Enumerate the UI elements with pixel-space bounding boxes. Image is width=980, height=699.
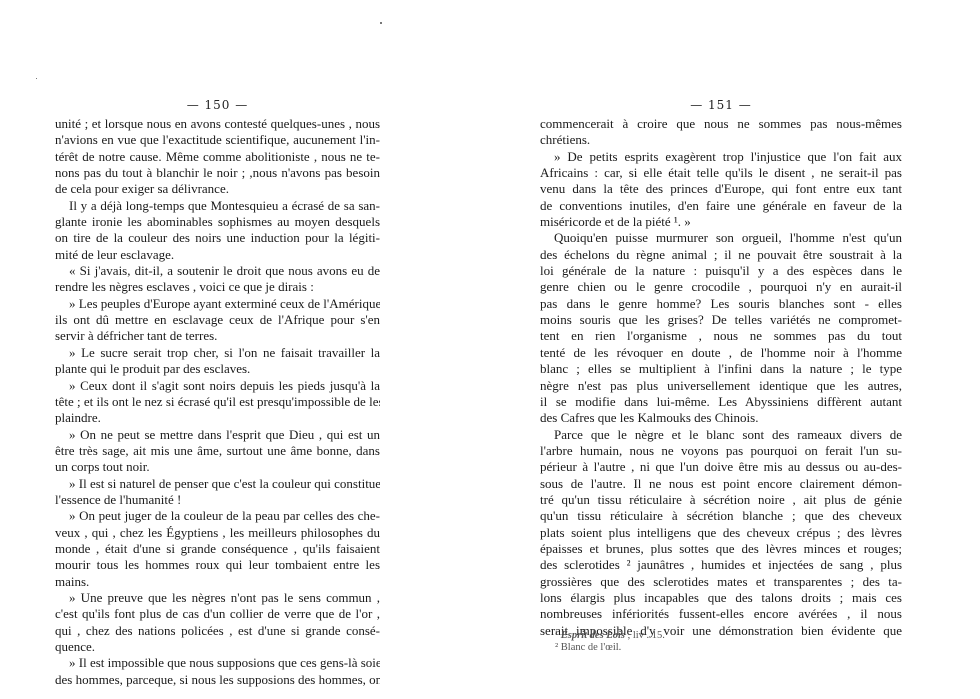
text-line: » Une preuve que les nègres n'ont pas le… <box>55 590 380 606</box>
text-line: de cela pour exiger sa délivrance. <box>55 181 380 197</box>
footnote: ² Blanc de l'œil. <box>555 642 665 654</box>
text-line: être très sage, ait mis une âme, surtout… <box>55 443 380 459</box>
footnotes: ¹ Esprit des Lois , liv . 15.² Blanc de … <box>555 630 665 654</box>
scan-speck <box>380 22 382 24</box>
text-line: il se modifie dans lui-même. Les Abyssin… <box>540 394 902 410</box>
text-line: lons élargis plus incapables que des tal… <box>540 590 902 606</box>
text-line: périeur à l'autre , ni que l'un doive êt… <box>540 459 902 475</box>
text-line: venu dans la tête des princes d'Europe, … <box>540 181 902 197</box>
text-line: » Ceux dont il s'agit sont noirs depuis … <box>55 378 380 394</box>
text-line: n'avions en vue que l'exactitude scienti… <box>55 132 380 148</box>
scan-speck <box>36 78 37 79</box>
text-line: glante ironie les abominables sophismes … <box>55 214 380 230</box>
text-line: ils ont dû mettre en esclavage ceux de l… <box>55 312 380 328</box>
left-page: — 150 — unité ; et lorsque nous en avons… <box>55 98 380 688</box>
text-line: un corps tout noir. <box>55 459 380 475</box>
text-line: pas dans le genre homme? Les souris blan… <box>540 296 902 312</box>
text-line: » On peut juger de la couleur de la peau… <box>55 508 380 524</box>
text-line: tête ; et ils ont le nez si écrasé qu'il… <box>55 394 380 410</box>
text-line: grossières que des sclerotides mates et … <box>540 574 902 590</box>
text-line: tenté de les révoquer en doute , de l'ho… <box>540 345 902 361</box>
text-line: « Si j'avais, dit-il, a soutenir le droi… <box>55 263 380 279</box>
footnote: ¹ Esprit des Lois , liv . 15. <box>555 630 665 642</box>
text-line: quence. <box>55 639 380 655</box>
text-line: loi générale de la nature : puisqu'il y … <box>540 263 902 279</box>
text-line: qui , chez des nations policées , est d'… <box>55 623 380 639</box>
text-line: Quoiqu'en puisse murmurer son orgueil, l… <box>540 230 902 246</box>
text-line: nombreuses infériorités fussent-elles en… <box>540 606 902 622</box>
text-line: des sclerotides ² jaunâtres , humides et… <box>540 557 902 573</box>
text-line: veux , qui , chez les Égyptiens , les me… <box>55 525 380 541</box>
text-line: Africains : car, si elle était telle qu'… <box>540 165 902 181</box>
text-line: Il y a déjà long-temps que Montesquieu a… <box>55 198 380 214</box>
text-line: des Cafres que les Kalmouks des Chinois. <box>540 410 902 426</box>
text-line: » Les peuples d'Europe ayant exterminé c… <box>55 296 380 312</box>
text-line: servir à défricher tant de terres. <box>55 328 380 344</box>
text-line: on tire de la couleur des noirs une indu… <box>55 230 380 246</box>
text-line: des hommes, parceque, si nous les suppos… <box>55 672 380 688</box>
text-line: nons pas du tout à blanchir le noir ; ,n… <box>55 165 380 181</box>
footnote-text: Blanc de l'œil. <box>561 642 622 653</box>
footnote-title: Esprit des Lois <box>561 630 625 641</box>
text-line: plante qui le produit par des esclaves. <box>55 361 380 377</box>
text-line: qu'un tissu réticulaire à sécrétion blan… <box>540 508 902 524</box>
text-line: des échelons du règne animal ; il ne pou… <box>540 247 902 263</box>
text-line: nègre n'est pas plus universellement ide… <box>540 378 902 394</box>
text-line: unité ; et lorsque nous en avons contest… <box>55 116 380 132</box>
text-line: l'essence de l'humanité ! <box>55 492 380 508</box>
footnote-text: , liv . 15. <box>625 630 665 641</box>
text-line: » Le sucre serait trop cher, si l'on ne … <box>55 345 380 361</box>
text-line: » On ne peut se mettre dans l'esprit que… <box>55 427 380 443</box>
text-line: rendre les nègres esclaves , voici ce qu… <box>55 279 380 295</box>
page-body-text: commencerait à croire que nous ne sommes… <box>540 116 902 639</box>
text-line: commencerait à croire que nous ne sommes… <box>540 116 902 132</box>
text-line: mité de leur esclavage. <box>55 247 380 263</box>
text-line: l'arbre humain, nous ne voyons pas pourq… <box>540 443 902 459</box>
page-body-text: unité ; et lorsque nous en avons contest… <box>55 116 380 688</box>
text-line: genre chien ou le genre crocodile , pour… <box>540 279 902 295</box>
text-line: tré qu'un tissu réticulaire à sécrétion … <box>540 492 902 508</box>
text-line: » Il est si naturel de penser que c'est … <box>55 476 380 492</box>
text-line: chrétiens. <box>540 132 902 148</box>
text-line: » Il est impossible que nous supposions … <box>55 655 380 671</box>
text-line: plaindre. <box>55 410 380 426</box>
right-page: — 151 — commencerait à croire que nous n… <box>540 98 902 639</box>
text-line: » De petits esprits exagèrent trop l'inj… <box>540 149 902 165</box>
text-line: c'est qu'ils font plus de cas d'un colli… <box>55 606 380 622</box>
text-line: sous de l'autre. Il ne nous est point en… <box>540 476 902 492</box>
text-line: tent en rien l'organisme , nous ne somme… <box>540 328 902 344</box>
page-number: — 150 — <box>55 98 380 112</box>
text-line: épaisses et brunes, plus sottes que des … <box>540 541 902 557</box>
text-line: blanc ; elles se multiplient à l'infini … <box>540 361 902 377</box>
text-line: de conventions inutiles, d'en faire une … <box>540 198 902 214</box>
text-line: monde , était d'une si grande conséquenc… <box>55 541 380 557</box>
text-line: mourir tous les hommes roux qui leur tom… <box>55 557 380 573</box>
page-number: — 151 — <box>540 98 902 112</box>
text-line: moins souris que les grises? De telles v… <box>540 312 902 328</box>
text-line: Parce que le nègre et le blanc sont des … <box>540 427 902 443</box>
text-line: térêt de notre cause. Même comme aboliti… <box>55 149 380 165</box>
text-line: plats soient plus intelligens que des ch… <box>540 525 902 541</box>
text-line: mains. <box>55 574 380 590</box>
text-line: miséricorde et de la piété ¹. » <box>540 214 902 230</box>
